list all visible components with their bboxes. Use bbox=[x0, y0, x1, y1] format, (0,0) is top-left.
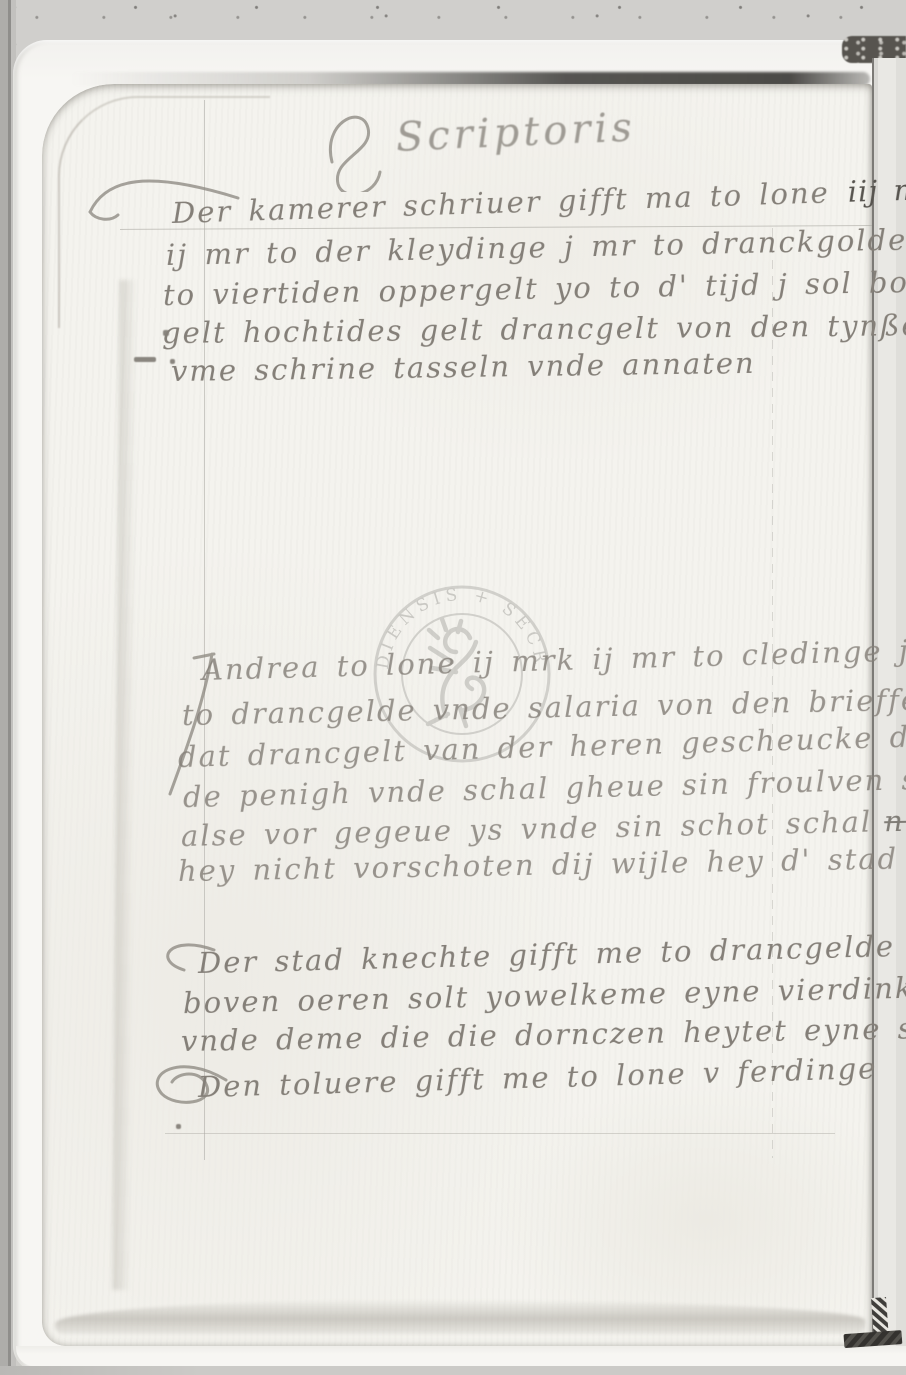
heading-paraph-flourish bbox=[318, 100, 390, 192]
marginal-dot-mark bbox=[176, 1124, 181, 1129]
amount-text: iij mrk bbox=[847, 171, 906, 208]
book-cover-bottom-band bbox=[16, 1346, 906, 1366]
binding-mark-horizontal bbox=[843, 1330, 902, 1348]
scan-background-bottom bbox=[0, 1366, 906, 1375]
marginal-dash-mark bbox=[134, 357, 156, 362]
manuscript-scan: DIENSIS + SECRE Scriptoris Der kamerer s… bbox=[0, 0, 906, 1375]
binding-corner-bottom-right bbox=[841, 1296, 906, 1356]
binding-mark-vertical bbox=[871, 1297, 888, 1334]
page-heading: Scriptoris bbox=[395, 106, 637, 160]
struck-word: nit bbox=[884, 803, 906, 838]
ruled-line-middle bbox=[165, 1133, 835, 1134]
